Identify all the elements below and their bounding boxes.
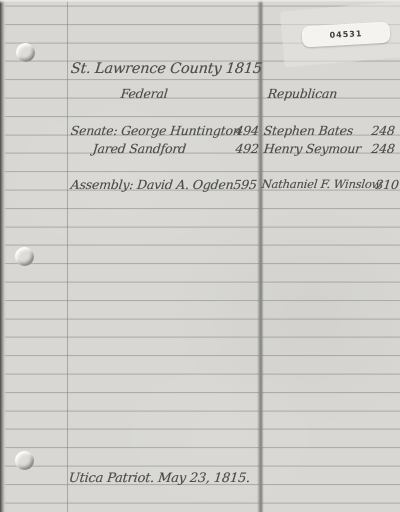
margin-line [67, 0, 68, 512]
republican-candidate-row-1: Stephen Bates [263, 125, 354, 138]
federal-candidate-row-1: Senate: George Huntington [70, 125, 241, 138]
scan-left-edge [0, 0, 6, 512]
column-header-federal: Federal [120, 88, 168, 101]
federal-votes-row-3: 595 [224, 179, 257, 192]
column-header-republican: Republican [267, 88, 338, 101]
federal-votes-row-1: 494 [226, 125, 259, 138]
republican-candidate-row-2: Henry Seymour [263, 143, 362, 156]
federal-candidate-row-2: Jared Sandford [92, 143, 187, 156]
federal-votes-row-2: 492 [226, 143, 259, 156]
source-citation: Utica Patriot. May 23, 1815. [68, 472, 251, 485]
archive-label-number: 04531 [329, 29, 362, 40]
punch-hole-bottom [15, 451, 34, 470]
scanned-ledger-page: 04531 St. Lawrence County 1815 Federal R… [0, 0, 400, 512]
republican-votes-row-2: 248 [362, 143, 395, 156]
scan-top-edge [0, 0, 400, 3]
federal-candidate-row-3: Assembly: David A. Ogden [70, 179, 234, 192]
punch-hole-middle [15, 247, 34, 266]
page-title: St. Lawrence County 1815 [70, 62, 263, 77]
republican-votes-row-1: 248 [362, 125, 395, 138]
punch-hole-top [16, 43, 35, 62]
republican-votes-row-3: 310 [364, 179, 399, 192]
